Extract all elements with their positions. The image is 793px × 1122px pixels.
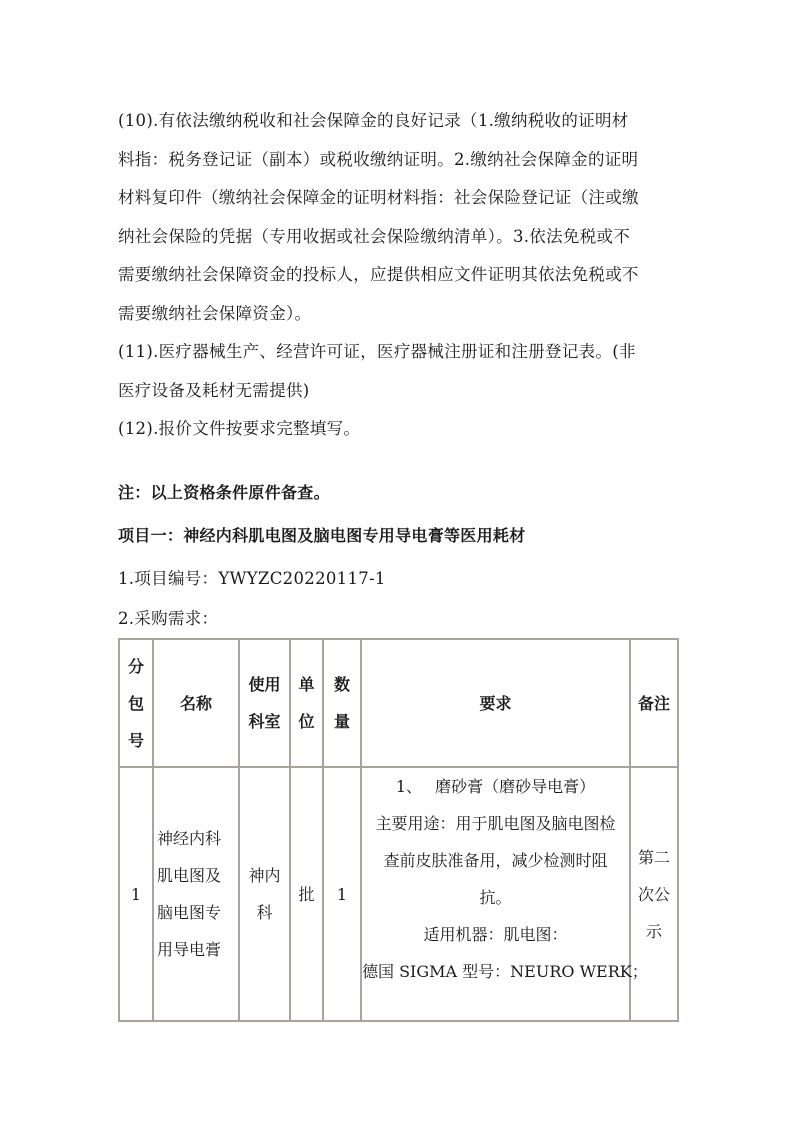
header-text: 数 bbox=[324, 666, 360, 703]
cell-department: 神内 科 bbox=[239, 767, 290, 1021]
cell-text: 神内 bbox=[240, 857, 289, 894]
requirements-label-text: 2.采购需求： bbox=[118, 600, 680, 639]
header-text: 号 bbox=[120, 722, 152, 759]
header-text: 包 bbox=[120, 685, 152, 722]
requirement-line: 1、 磨砂膏（磨砂导电膏） bbox=[362, 768, 629, 805]
note-text: 注：以上资格条件原件备查。 bbox=[118, 474, 680, 513]
cell-text: 用导电膏 bbox=[157, 931, 238, 968]
header-requirements: 要求 bbox=[361, 639, 630, 767]
cell-text: 次公 bbox=[631, 876, 677, 913]
text-line: 材料复印件（缴纳社会保障金的证明材料指：社会保险登记证（注或缴 bbox=[118, 179, 680, 218]
paragraph-item-12: (12).报价文件按要求完整填写。 bbox=[118, 410, 680, 449]
header-text: 使用 bbox=[240, 666, 289, 703]
text-line: (10).有依法缴纳税收和社会保障金的良好记录（1.缴纳税收的证明材 bbox=[118, 102, 680, 141]
header-department: 使用 科室 bbox=[239, 639, 290, 767]
requirement-line: 查前皮肤准备用，减少检测时阻 bbox=[362, 842, 629, 879]
cell-text: 示 bbox=[631, 913, 677, 950]
header-unit: 单 位 bbox=[290, 639, 323, 767]
document-page: (10).有依法缴纳税收和社会保障金的良好记录（1.缴纳税收的证明材 料指：税务… bbox=[0, 0, 793, 1122]
header-text: 量 bbox=[324, 703, 360, 740]
project-title-text: 项目一：神经内科肌电图及脑电图专用导电膏等医用耗材 bbox=[118, 517, 680, 556]
text-line: 需要缴纳社会保障资金的投标人，应提供相应文件证明其依法免税或不 bbox=[118, 256, 680, 295]
header-name: 名称 bbox=[153, 639, 239, 767]
text-line: (12).报价文件按要求完整填写。 bbox=[118, 410, 680, 449]
text-line: (11).医疗器械生产、经营许可证，医疗器械注册证和注册登记表。(非 bbox=[118, 333, 680, 372]
cell-text: 第二 bbox=[631, 839, 677, 876]
header-text: 科室 bbox=[240, 703, 289, 740]
cell-unit: 批 bbox=[290, 767, 323, 1021]
cell-requirements: 1、 磨砂膏（磨砂导电膏） 主要用途：用于肌电图及脑电图检 查前皮肤准备用，减少… bbox=[361, 767, 630, 1021]
paragraph-item-10: (10).有依法缴纳税收和社会保障金的良好记录（1.缴纳税收的证明材 料指：税务… bbox=[118, 102, 680, 333]
header-quantity: 数 量 bbox=[323, 639, 361, 767]
project-number: 1.项目编号：YWYZC20220117-1 bbox=[118, 560, 680, 599]
requirement-line: 德国 SIGMA 型号：NEURO WERK； bbox=[362, 953, 629, 990]
project-number-text: 1.项目编号：YWYZC20220117-1 bbox=[118, 560, 680, 599]
requirements-label: 2.采购需求： bbox=[118, 600, 680, 639]
header-package-no: 分 包 号 bbox=[119, 639, 153, 767]
requirement-line: 抗。 bbox=[362, 879, 629, 916]
project-title: 项目一：神经内科肌电图及脑电图专用导电膏等医用耗材 bbox=[118, 517, 680, 556]
table-header-row: 分 包 号 名称 使用 科室 单 位 数 量 要求 备注 bbox=[119, 639, 678, 767]
text-line: 纳社会保险的凭据（专用收据或社会保险缴纳清单）。3.依法免税或不 bbox=[118, 218, 680, 257]
requirement-line: 主要用途：用于肌电图及脑电图检 bbox=[362, 805, 629, 842]
cell-text: 脑电图专 bbox=[157, 894, 238, 931]
header-remarks: 备注 bbox=[630, 639, 678, 767]
cell-text: 神经内科 bbox=[157, 820, 238, 857]
cell-name: 神经内科 肌电图及 脑电图专 用导电膏 bbox=[153, 767, 239, 1021]
table-row: 1 神经内科 肌电图及 脑电图专 用导电膏 神内 科 批 1 1、 磨砂膏（磨砂… bbox=[119, 767, 678, 1021]
requirement-line: 适用机器：肌电图： bbox=[362, 916, 629, 953]
paragraph-item-11: (11).医疗器械生产、经营许可证，医疗器械注册证和注册登记表。(非 医疗设备及… bbox=[118, 333, 680, 410]
procurement-requirements-table: 分 包 号 名称 使用 科室 单 位 数 量 要求 备注 1 神经内科 bbox=[118, 638, 679, 1022]
cell-text: 肌电图及 bbox=[157, 857, 238, 894]
header-text: 单 bbox=[291, 666, 322, 703]
text-line: 医疗设备及耗材无需提供) bbox=[118, 372, 680, 411]
text-line: 料指：税务登记证（副本）或税收缴纳证明。2.缴纳社会保障金的证明 bbox=[118, 141, 680, 180]
cell-text: 科 bbox=[240, 894, 289, 931]
header-text: 分 bbox=[120, 648, 152, 685]
header-text: 位 bbox=[291, 703, 322, 740]
cell-package-no: 1 bbox=[119, 767, 153, 1021]
qualification-note: 注：以上资格条件原件备查。 bbox=[118, 474, 680, 513]
cell-remarks: 第二 次公 示 bbox=[630, 767, 678, 1021]
cell-quantity: 1 bbox=[323, 767, 361, 1021]
text-line: 需要缴纳社会保障资金）。 bbox=[118, 295, 680, 334]
